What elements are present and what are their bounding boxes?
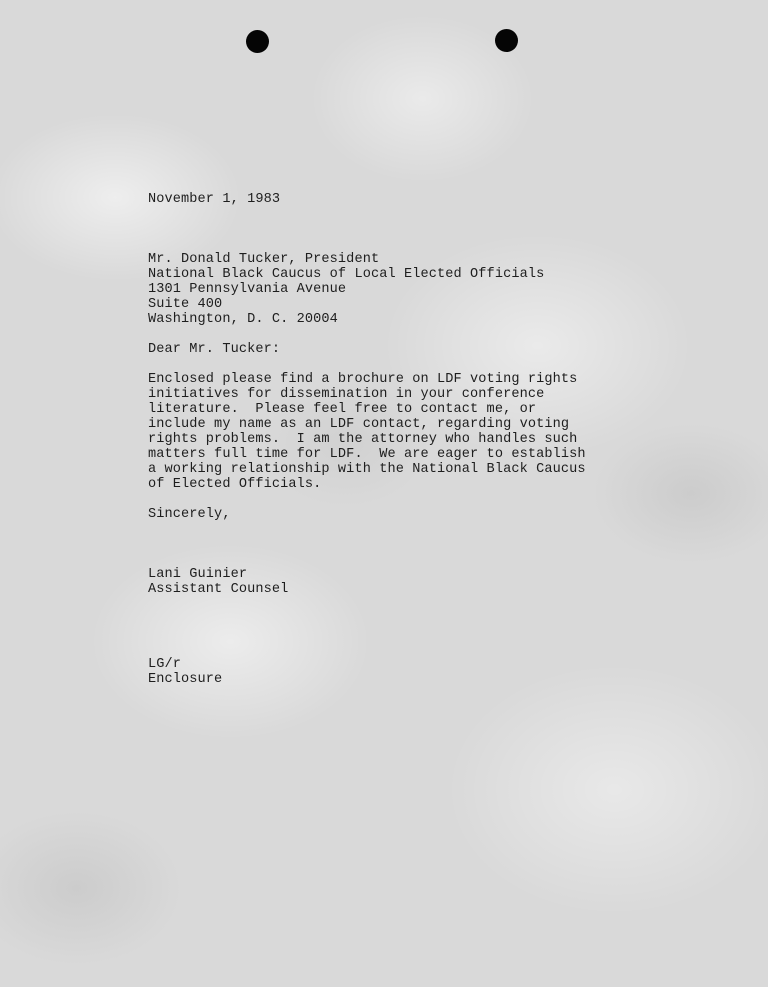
recipient-name: Mr. Donald Tucker, President <box>148 252 668 267</box>
body-line: Enclosed please find a brochure on LDF v… <box>148 372 668 387</box>
recipient-city: Washington, D. C. 20004 <box>148 312 668 327</box>
punch-hole <box>495 29 518 52</box>
salutation: Dear Mr. Tucker: <box>148 342 668 357</box>
recipient-address: Mr. Donald Tucker, President National Bl… <box>148 252 668 327</box>
reference-block: LG/r Enclosure <box>148 657 668 687</box>
letter-page: November 1, 1983 Mr. Donald Tucker, Pres… <box>0 0 768 987</box>
body-paragraph: Enclosed please find a brochure on LDF v… <box>148 372 668 492</box>
enclosure-notation: Enclosure <box>148 672 668 687</box>
recipient-organization: National Black Caucus of Local Elected O… <box>148 267 668 282</box>
recipient-suite: Suite 400 <box>148 297 668 312</box>
typist-initials: LG/r <box>148 657 668 672</box>
body-line: rights problems. I am the attorney who h… <box>148 432 668 447</box>
letter-date: November 1, 1983 <box>148 192 668 207</box>
body-line: include my name as an LDF contact, regar… <box>148 417 668 432</box>
body-line: a working relationship with the National… <box>148 462 668 477</box>
closing: Sincerely, <box>148 507 668 522</box>
punch-hole <box>246 30 269 53</box>
signer-title: Assistant Counsel <box>148 582 668 597</box>
body-line: literature. Please feel free to contact … <box>148 402 668 417</box>
body-line: matters full time for LDF. We are eager … <box>148 447 668 462</box>
body-line: of Elected Officials. <box>148 477 668 492</box>
letter-body: November 1, 1983 Mr. Donald Tucker, Pres… <box>148 192 668 687</box>
signer-name: Lani Guinier <box>148 567 668 582</box>
signature-block: Lani Guinier Assistant Counsel <box>148 567 668 597</box>
recipient-street: 1301 Pennsylvania Avenue <box>148 282 668 297</box>
body-line: initiatives for dissemination in your co… <box>148 387 668 402</box>
